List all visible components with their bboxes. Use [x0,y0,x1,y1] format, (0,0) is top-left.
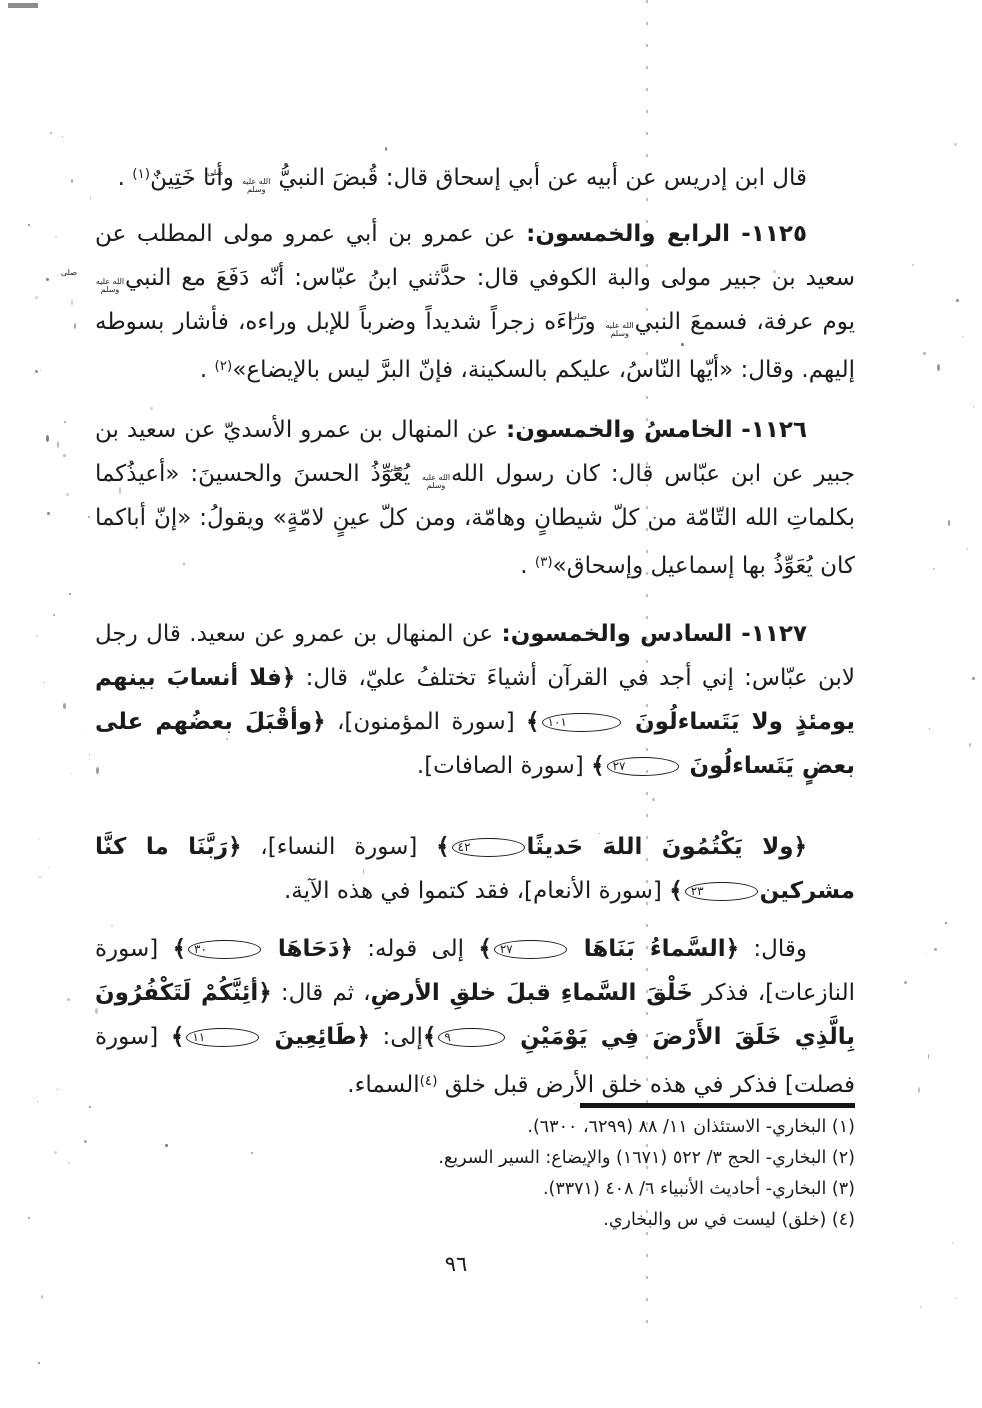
footnote-ref: (٣) [535,554,553,570]
text-run: [سورة الصافات]. [417,753,591,779]
quran-verse-run: ﴾ [171,1024,184,1050]
footnote-line: (٤) (خلق) ليست في س والبخاري. [95,1205,855,1236]
verse-number-badge: ١١ [186,1028,259,1047]
verse-number-badge: ٢٣ [685,882,758,901]
text-run: . [200,357,215,383]
heading-run: ١١٢٥- الرابع والخمسون: [526,221,807,247]
quran-verse-run: ﴾ [526,709,539,735]
paragraph-continuation: قال ابن إدريس عن أبيه عن أبي إسحاق قال: … [95,152,855,200]
text-run: إلى: [370,1024,423,1050]
creation-order-paragraph: وقال: ﴿السَّماءُ بَنَاهَا ٢٧﴾ إلى قوله: … [95,927,855,1107]
footnote-line: (١) البخاري- الاستئذان ١١/ ٨٨ (٦٢٩٩، ٦٣٠… [95,1112,855,1143]
heading-run: ١١٢٧- السادس والخمسون: [502,621,807,647]
hadith-paragraph-1126: ١١٢٦- الخامسُ والخمسون: عن المنهال بن عم… [95,408,855,588]
footnote-line: (٢) البخاري- الحج ٣/ ٥٢٢ (١٦٧١) والإيضاع… [95,1143,855,1174]
quran-verse-run: ﴾ [423,1024,436,1050]
scanned-book-page: قال ابن إدريس عن أبيه عن أبي إسحاق قال: … [0,0,982,1408]
footnote-ref: (٢) [214,358,232,374]
heading-run: خَلْقَ السَّماءِ قبلَ خلقِ الأرضِ [371,980,693,1006]
quran-verse-run: ﴿ولا يَكْتُمُونَ اللهَ حَديثًا [527,834,807,860]
text-run: [سورة الأنعام]، فقد كتموا في هذه الآية. [284,878,669,904]
text-run: إلى قوله: [353,936,478,962]
footnote-divider [580,1103,855,1108]
text-run: [سورة النساء]، [242,834,437,860]
pbuh-calligraphy-icon: صلى الله عليه وسلم [421,465,451,490]
text-run: قال ابن إدريس عن أبيه عن أبي إسحاق قال: … [271,165,807,191]
hadith-paragraph-1127: ١١٢٧- السادس والخمسون: عن المنهال بن عمر… [95,612,855,788]
verse-number-badge: ٩ [438,1028,504,1047]
verse-number-badge: ٤٢ [452,838,525,857]
text-run: السماء. [347,1072,419,1098]
hadith-paragraph-1125: ١١٢٥- الرابع والخمسون: عن عمرو بن أبي عم… [95,212,855,392]
quran-verse-run: ﴿دَحَاهَا [263,936,353,962]
quran-verse-run: ﴾ [669,878,682,904]
text-run: وقال: [739,936,807,962]
text-run: ، ثم قال: [272,980,371,1006]
scan-corner-mark [8,3,38,8]
footnote-ref: (٤) [420,1073,438,1089]
hadith-text-block: قال ابن إدريس عن أبيه عن أبي إسحاق قال: … [95,152,855,1107]
text-run: يوم عرفة، فسمعَ النبي [635,309,855,335]
verse-number-badge: ٣٠ [188,940,261,959]
pbuh-calligraphy-icon: صلى الله عليه وسلم [241,169,271,194]
text-run: [سورة المؤمنون]، [326,709,526,735]
pbuh-calligraphy-icon: صلى الله عليه وسلم [95,269,125,294]
text-run: . [520,553,535,579]
verse-number-badge: ٢٧ [494,940,567,959]
quran-verse-run: ﴿طَائِعِينَ [261,1024,370,1050]
quran-verse-run: ﴾ [478,936,491,962]
heading-run: ١١٢٦- الخامسُ والخمسون: [506,417,807,443]
pbuh-calligraphy-icon: صلى الله عليه وسلم [605,313,635,338]
quran-verse-run: ﴾ [173,936,186,962]
footnotes-section: (١) البخاري- الاستئذان ١١/ ٨٨ (٦٢٩٩، ٦٣٠… [95,1112,855,1236]
verse-number-badge: ١٠١ [542,713,621,732]
footnote-ref: (١) [132,166,150,182]
footnote-line: (٣) البخاري- أحاديث الأنبياء ٦/ ٤٠٨ (٣٣٧… [95,1174,855,1205]
quran-verse-run: ﴾ [436,834,449,860]
quran-verse-run: ﴾ [591,753,604,779]
text-run: . [118,165,133,191]
text-run: وأنا خَتِينٌ [150,165,241,191]
verse-number-badge: ٢٧ [607,757,680,776]
page-number: ٩٦ [430,1252,482,1276]
quran-verse-run: ﴿السَّماءُ بَنَاهَا [569,936,739,962]
quran-citations-paragraph: ﴿ولا يَكْتُمُونَ اللهَ حَديثًا٤٢﴾ [سورة … [95,825,855,913]
